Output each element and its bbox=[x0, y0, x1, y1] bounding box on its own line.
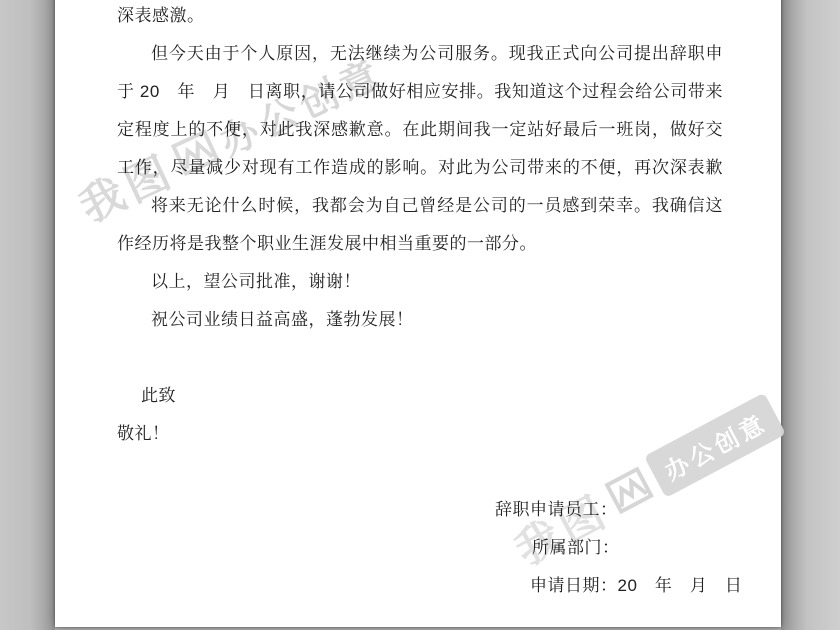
letter-line: 于 20 年 月 日离职，请公司做好相应安排。我知道这个过程会给公司带来一 bbox=[117, 73, 723, 111]
document-preview: 我图 办公创意 我图 办公创意 深表感激。 但今天由于个人原因，无法继续为公司服… bbox=[0, 0, 840, 630]
letter-line: 祝公司业绩日益高盛，蓬勃发展！ bbox=[117, 301, 723, 339]
letter-body: 深表感激。 但今天由于个人原因，无法继续为公司服务。现我正式向公司提出辞职申请，… bbox=[117, 0, 723, 453]
background-left-margin bbox=[0, 0, 55, 630]
letter-page: 我图 办公创意 我图 办公创意 深表感激。 但今天由于个人原因，无法继续为公司服… bbox=[55, 0, 781, 627]
letter-line: 以上，望公司批准，谢谢！ bbox=[117, 263, 723, 301]
signature-department-label: 所属部门： bbox=[532, 529, 620, 567]
letter-line: 但今天由于个人原因，无法继续为公司服务。现我正式向公司提出辞职申请， bbox=[117, 35, 723, 73]
letter-line: 将来无论什么时候，我都会为自己曾经是公司的一员感到荣幸。我确信这段工 bbox=[117, 187, 723, 225]
letter-line: 深表感激。 bbox=[117, 0, 723, 35]
signature-date-label: 申请日期：20 年 月 日 bbox=[530, 567, 742, 605]
background-right-margin bbox=[781, 0, 840, 630]
closing-salute: 此致 bbox=[117, 377, 723, 415]
signature-employee-label: 辞职申请员工： bbox=[495, 491, 618, 529]
letter-line: 工作，尽量减少对现有工作造成的影响。对此为公司带来的不便，再次深表歉意。 bbox=[117, 149, 723, 187]
blank-line bbox=[117, 339, 723, 377]
letter-line: 定程度上的不便，对此我深感歉意。在此期间我一定站好最后一班岗，做好交接 bbox=[117, 111, 723, 149]
closing-salutation: 敬礼！ bbox=[117, 415, 723, 453]
letter-line: 作经历将是我整个职业生涯发展中相当重要的一部分。 bbox=[117, 225, 723, 263]
